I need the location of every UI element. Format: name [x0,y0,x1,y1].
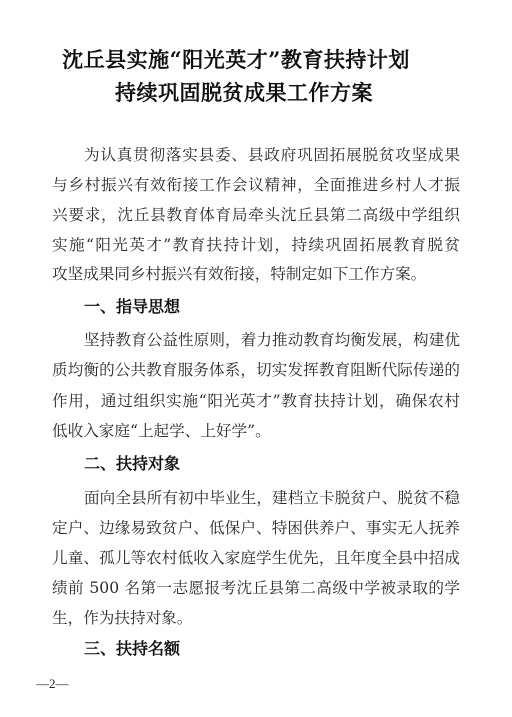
paragraph-line: 绩前 500 名第一志愿报考沈丘县第二高级中学被录取的学 [52,577,460,599]
paragraph-line: 面向全县所有初中毕业生，建档立卡脱贫户、脱贫不稳 [84,487,460,509]
paragraph-line: 低收入家庭“上起学、上好学”。 [52,420,460,442]
paragraph-line: 与乡村振兴有效衔接工作会议精神，全面推进乡村人才振 [52,174,460,196]
section-heading: 三、扶持名额 [84,638,180,660]
paragraph-line: 坚持教育公益性原则，着力推动教育均衡发展，构建优 [84,329,460,351]
page-number: —2— [36,676,69,692]
section-heading: 一、指导思想 [84,296,180,318]
paragraph-line: 兴要求，沈丘县教育体育局牵头沈丘县第二高级中学组织 [52,204,460,226]
paragraph-line: 质均衡的公共教育服务体系，切实发挥教育阻断代际传递的 [52,359,460,381]
paragraph-line: 儿童、孤儿等农村低收入家庭学生优先，且年度全县中招成 [52,547,460,569]
paragraph-line: 攻坚成果同乡村振兴有效衔接，特制定如下工作方案。 [52,263,460,285]
paragraph-line: 定户、边缘易致贫户、低保户、特困供养户、事实无人抚养 [52,517,460,539]
paragraph-line: 生，作为扶持对象。 [52,607,460,629]
section-heading: 二、扶持对象 [84,453,180,475]
paragraph-line: 为认真贯彻落实县委、县政府巩固拓展脱贫攻坚成果 [84,144,460,166]
document-title-line-1: 沈丘县实施“阳光英才”教育扶持计划 [0,44,492,74]
document-title-line-2: 持续巩固脱贫成果工作方案 [0,77,500,107]
paragraph-line: 作用，通过组织实施“阳光英才”教育扶持计划，确保农村 [52,390,460,412]
paragraph-line: 实施“阳光英才”教育扶持计划，持续巩固拓展教育脱贫 [52,234,460,256]
